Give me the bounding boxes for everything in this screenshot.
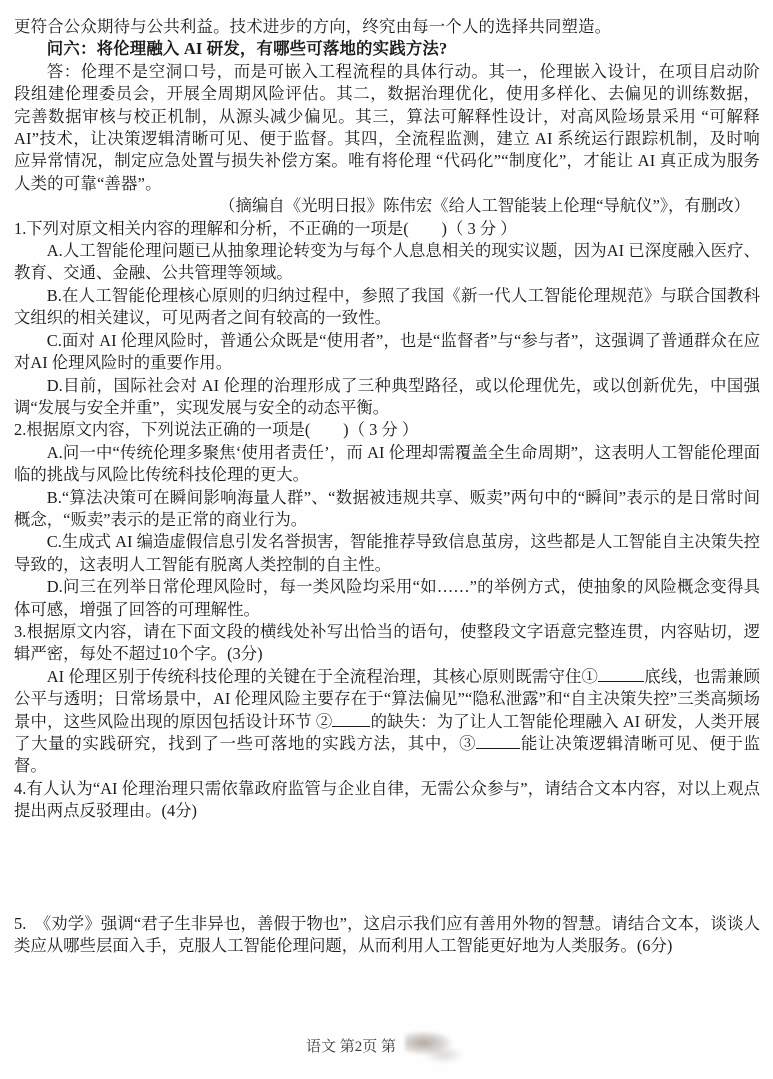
question-1: 1.下列对原文相关内容的理解和分析，不正确的一项是( )（ 3 分 ） A.人工… [14, 218, 760, 420]
question-4-stem: 4.有人认为“AI 伦理治理只需依靠政府监管与企业自律，无需公众参与”，请结合文… [14, 778, 760, 823]
passage-answer-paragraph: 答：伦理不是空洞口号，而是可嵌入工程流程的具体行动。其一，伦理嵌入设计，在项目启… [14, 61, 760, 195]
question-2-stem: 2.根据原文内容，下列说法正确的一项是( )（ 3 分 ） [14, 419, 760, 441]
question-2-option-b: B.“算法决策可在瞬间影响海量人群”、“数据被违规共享、贩卖”两句中的“瞬间”表… [14, 487, 760, 532]
scan-smudge-artifact [405, 1031, 467, 1065]
exam-content: 更符合公众期待与公共利益。技术进步的方向，终究由每一个人的选择共同塑造。 问六：… [0, 0, 773, 957]
question-2: 2.根据原文内容，下列说法正确的一项是( )（ 3 分 ） A.问一中“传统伦理… [14, 419, 760, 621]
question-1-option-b: B.在人工智能伦理核心原则的归纳过程中，参照了我国《新一代人工智能伦理规范》与联… [14, 285, 760, 330]
passage-continuation-line: 更符合公众期待与公共利益。技术进步的方向，终究由每一个人的选择共同塑造。 [14, 16, 760, 38]
question-1-option-a: A.人工智能伦理问题已从抽象理论转变为与每个人息息相关的现实议题，因为AI 已深… [14, 240, 760, 285]
question-1-option-c: C.面对 AI 伦理风险时，普通公众既是“使用者”，也是“监督者”与“参与者”，… [14, 330, 760, 375]
question-4: 4.有人认为“AI 伦理治理只需依靠政府监管与企业自律，无需公众参与”，请结合文… [14, 778, 760, 823]
question-3: 3.根据原文内容，请在下面文段的横线处补写出恰当的语句，使整段文字语意完整连贯，… [14, 621, 760, 778]
fill-in-blank-1 [598, 668, 644, 682]
question-5: 5. 《劝学》强调“君子生非异也，善假于物也”，这启示我们应有善用外物的智慧。请… [14, 913, 760, 958]
question-2-option-d: D.问三在列举日常伦理风险时，每一类风险均采用“如……”的举例方式，使抽象的风险… [14, 576, 760, 621]
question-2-option-c: C.生成式 AI 编造虚假信息引发名誉损害，智能推荐导致信息茧房，这些都是人工智… [14, 531, 760, 576]
question-3-stem: 3.根据原文内容，请在下面文段的横线处补写出恰当的语句，使整段文字语意完整连贯，… [14, 621, 760, 666]
fill-in-blank-2 [332, 713, 370, 727]
cloze-segment-1: AI 伦理区别于传统科技伦理的关键在于全流程治理，其核心原则既需守住① [47, 667, 598, 686]
question-2-option-a: A.问一中“传统伦理多聚焦‘使用者责任’，而 AI 伦理却需覆盖全生命周期”，这… [14, 442, 760, 487]
question-5-stem: 5. 《劝学》强调“君子生非异也，善假于物也”，这启示我们应有善用外物的智慧。请… [14, 913, 760, 958]
question-1-option-d: D.目前，国际社会对 AI 伦理的治理形成了三种典型路径，或以伦理优先，或以创新… [14, 375, 760, 420]
passage-attribution: （摘编自《光明日报》陈伟宏《给人工智能装上伦理“导航仪”》，有删改） [14, 195, 760, 217]
question-3-cloze-paragraph: AI 伦理区别于传统科技伦理的关键在于全流程治理，其核心原则既需守住①底线，也需… [14, 666, 760, 778]
page-footer-label: 语文 第2页 第 [306, 1037, 396, 1057]
exam-page: 更符合公众期待与公共利益。技术进步的方向，终究由每一个人的选择共同塑造。 问六：… [0, 0, 773, 1079]
passage-question-six-heading: 问六：将伦理融入 AI 研发，有哪些可落地的实践方法? [14, 38, 760, 60]
fill-in-blank-3 [476, 735, 520, 749]
question-1-stem: 1.下列对原文相关内容的理解和分析，不正确的一项是( )（ 3 分 ） [14, 218, 760, 240]
